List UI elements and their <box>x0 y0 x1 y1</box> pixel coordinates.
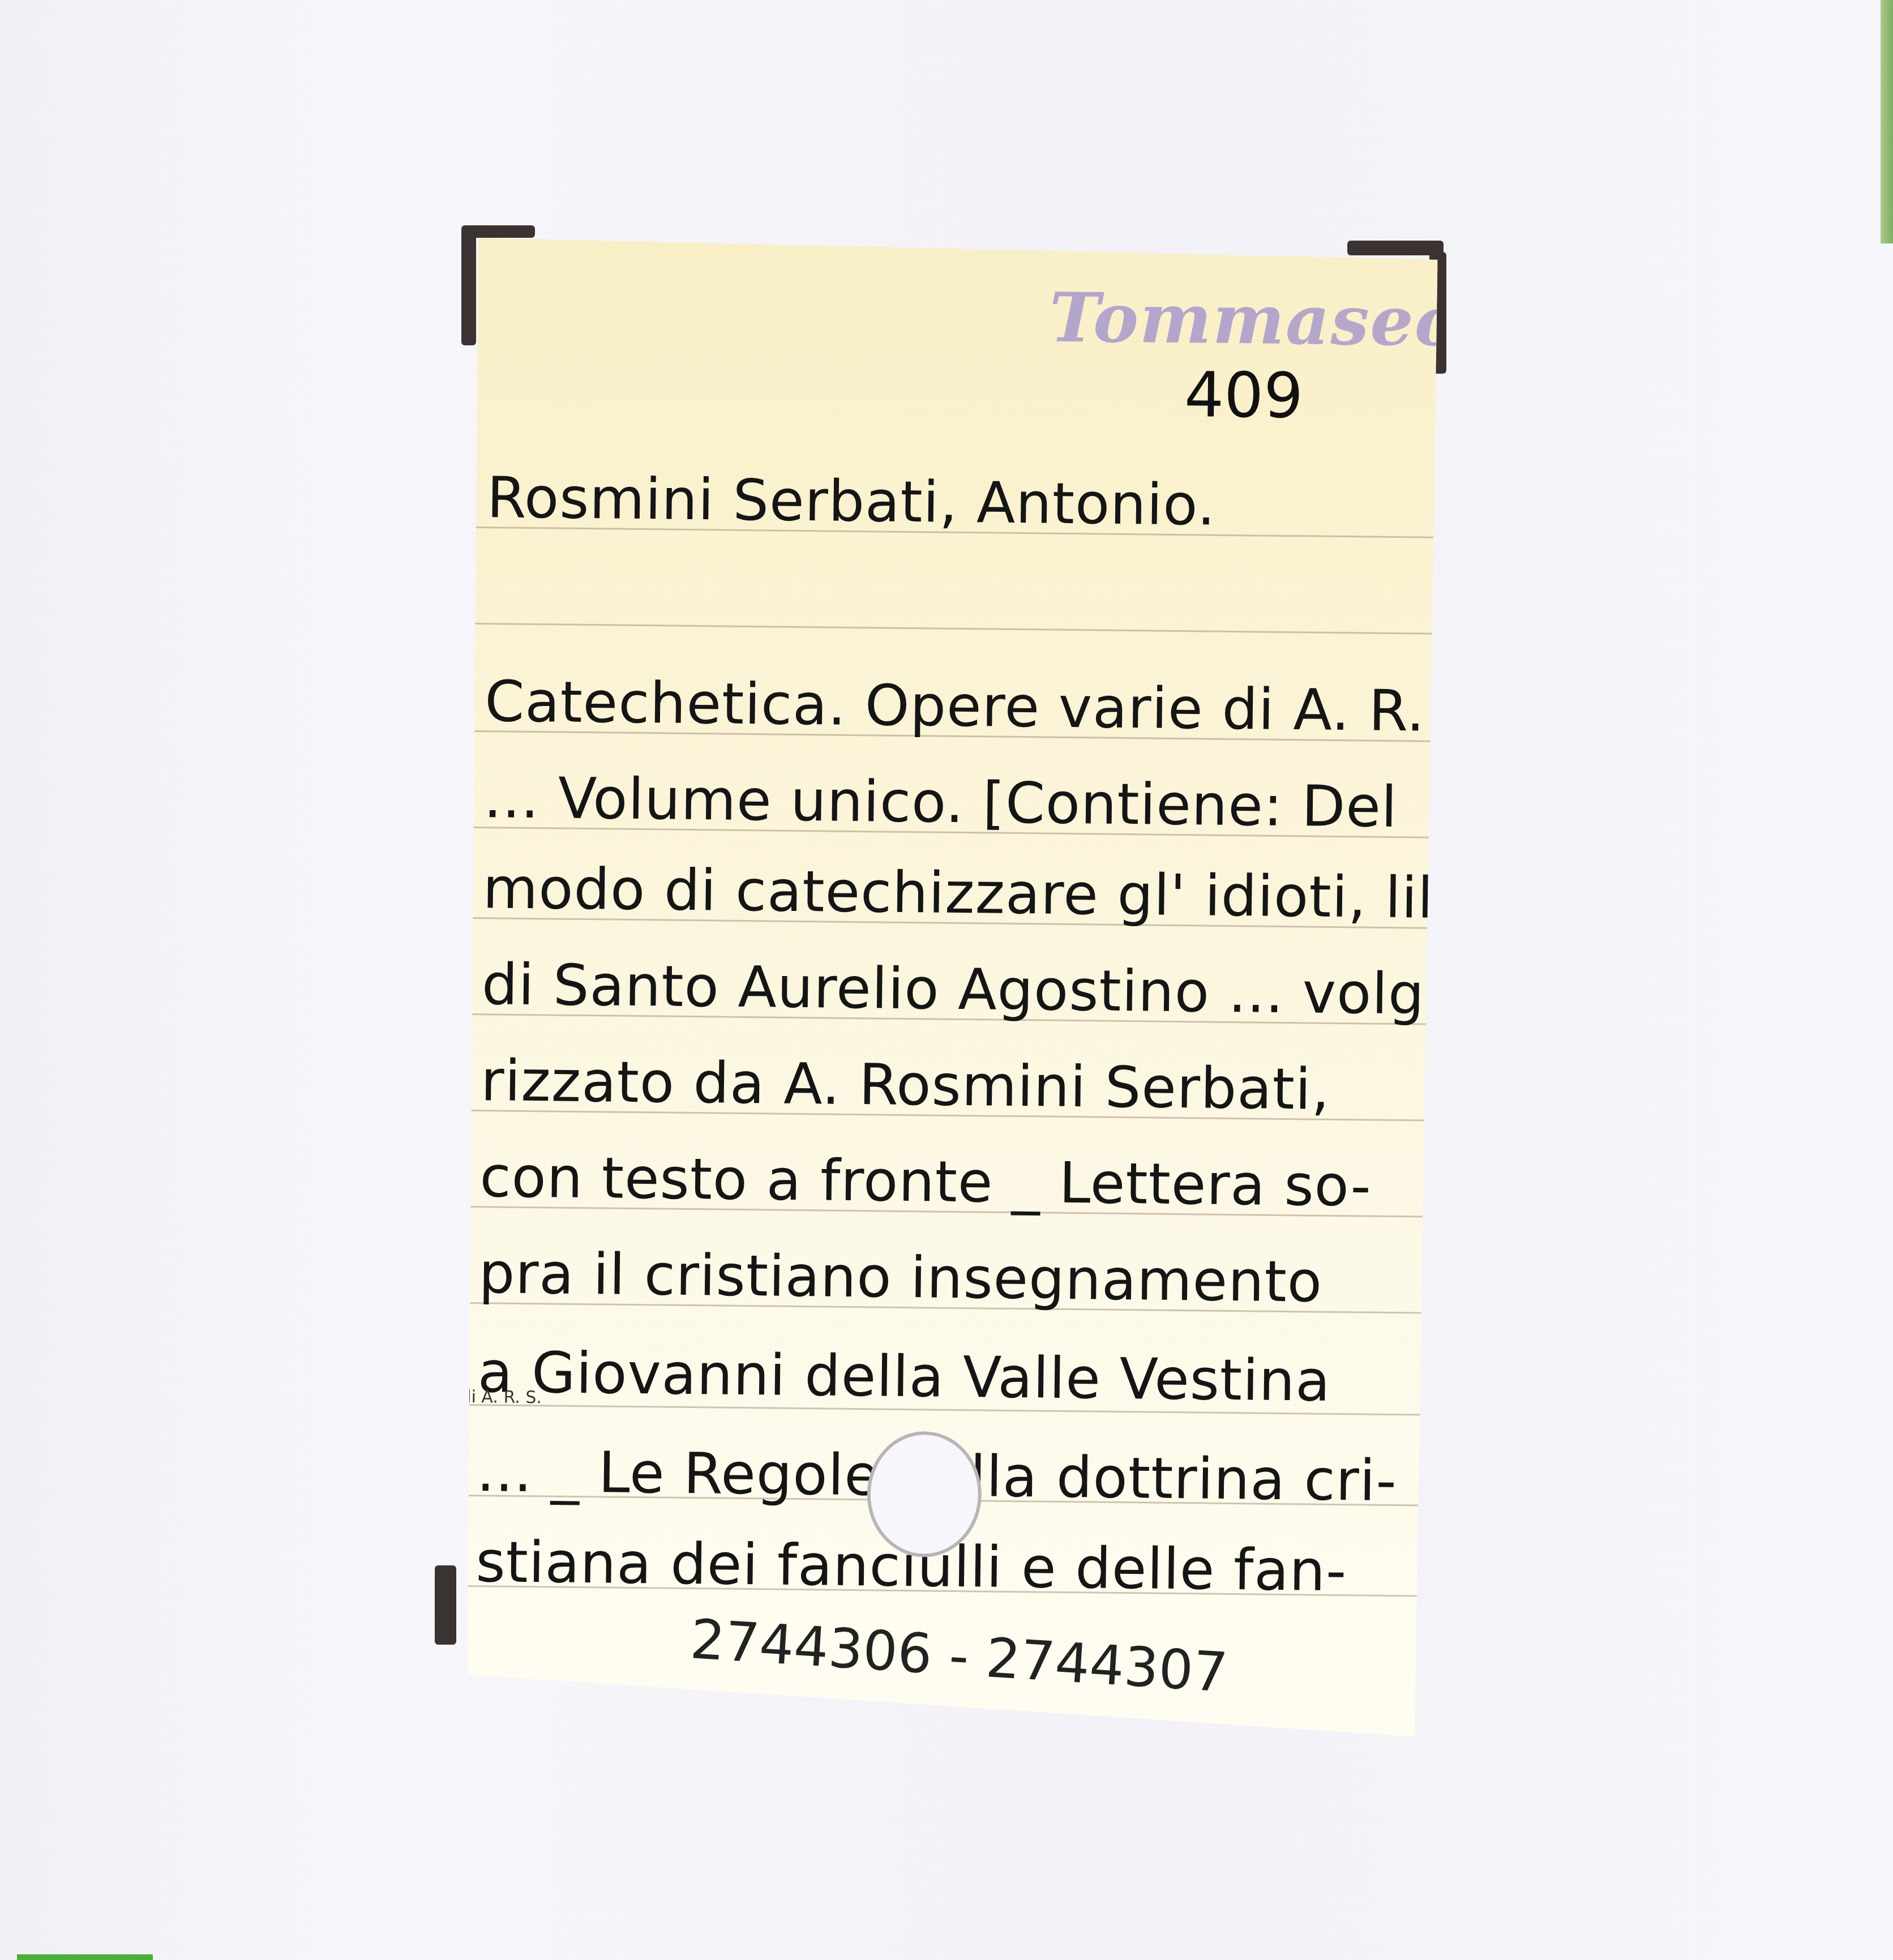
clip-top-left-vertical <box>461 226 476 345</box>
inventory-numbers: 2744306 - 2744307 <box>688 1607 1230 1704</box>
body-line: rizzato da A. Rosmini Serbati, <box>481 1047 1418 1123</box>
clip-bottom-left <box>435 1565 456 1645</box>
shelf-number: 409 <box>1184 358 1303 432</box>
body-line: di Santo Aurelio Agostino ... volga- <box>482 951 1419 1027</box>
ruled-line <box>474 623 1434 635</box>
body-line: modo di catechizzare gl' idioti, libro <box>482 855 1420 931</box>
body-line: pra il cristiano insegnamento <box>478 1240 1416 1316</box>
clip-top-left-horizontal <box>461 225 535 238</box>
green-scan-edge-bottom <box>17 1954 153 1960</box>
catalog-card: Tommaseo 409 Rosmini Serbati, Antonio. C… <box>462 238 1437 1737</box>
body-line: ... Volume unico. [Contiene: Del <box>483 764 1421 840</box>
body-line: Catechetica. Opere varie di A. R. S. <box>485 668 1422 744</box>
author-heading: Rosmini Serbati, Antonio. <box>487 464 1424 540</box>
green-scan-edge-right <box>1881 0 1893 243</box>
body-line: con testo a fronte _ Lettera so- <box>479 1144 1417 1219</box>
body-line: a Giovanni della Valle Vestina <box>477 1339 1415 1415</box>
library-stamp: Tommaseo <box>1049 278 1462 362</box>
margin-note: di A. R. S. <box>460 1387 542 1408</box>
clip-top-right-horizontal <box>1347 241 1444 255</box>
